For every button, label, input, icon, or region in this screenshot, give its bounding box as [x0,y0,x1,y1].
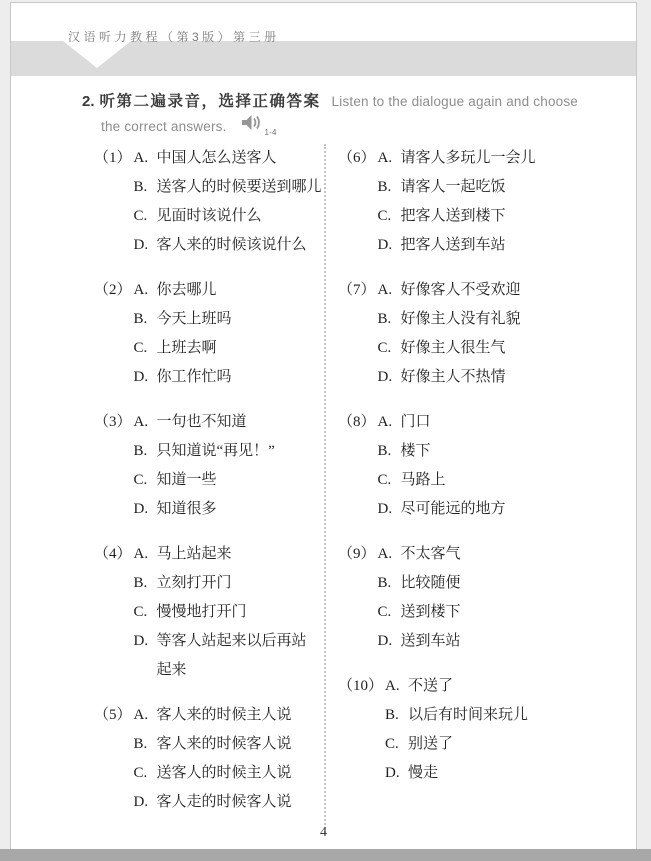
option-row: C.知道一些 [134,466,324,495]
option-letter: C. [378,598,401,627]
option-letter: A. [134,408,157,437]
option-text: 送客人的时候要送到哪儿 [157,173,322,202]
audio-indicator: 1-4 [241,114,277,134]
option-row: B.客人来的时候客人说 [134,730,324,759]
audio-track-number: 1-4 [265,128,277,137]
option-text-line: 请客人一起吃饭 [401,179,506,195]
option-text: 中国人怎么送客人 [157,144,277,173]
instruction-chinese: 听第二遍录音，选择正确答案 [100,89,321,111]
option-text: 比较随便 [401,569,461,598]
option-row: D.好像主人不热情 [378,363,536,392]
option-letter: A. [134,276,157,305]
option-text-line: 好像客人不受欢迎 [401,282,521,298]
option-text: 好像主人没有礼貌 [401,305,521,334]
option-letter: D. [134,231,157,260]
option-text: 你工作忙吗 [157,363,232,392]
option-row: D.你工作忙吗 [134,363,324,392]
option-row: B.请客人一起吃饭 [378,173,536,202]
option-text-line: 送到车站 [401,633,461,649]
option-row: C.送到楼下 [378,598,536,627]
option-text-line: 中国人怎么送客人 [157,150,277,166]
option-letter: D. [378,363,401,392]
option-row: C.见面时该说什么 [134,202,324,231]
option-row: D.知道很多 [134,495,324,524]
option-text-line: 送客人的时候要送到哪儿 [157,179,322,195]
option-row: A.不送了 [385,672,536,701]
option-text: 不送了 [408,672,453,701]
option-text: 等客人站起来以后再站起来 [157,627,307,685]
option-text: 慢慢地打开门 [157,598,247,627]
question-block: （9）A.不太客气B.比较随便C.送到楼下D.送到车站 [338,540,536,656]
option-letter: C. [134,334,157,363]
option-row: C.上班去啊 [134,334,324,363]
option-text-line: 立刻打开门 [157,575,232,591]
option-text: 把客人送到楼下 [401,202,506,231]
option-text: 尽可能远的地方 [401,495,506,524]
instruction-line-2: the correct answers. 1-4 [82,114,578,134]
option-text-line: 把客人送到楼下 [401,208,506,224]
option-text-line: 知道一些 [157,472,217,488]
option-text: 立刻打开门 [157,569,232,598]
question-block: （6）A.请客人多玩儿一会儿B.请客人一起吃饭C.把客人送到楼下D.把客人送到车… [338,144,536,260]
option-row: D.把客人送到车站 [378,231,536,260]
option-text-line: 比较随便 [401,575,461,591]
question-number: （9） [338,540,378,656]
option-text-line: 以后有时间来玩儿 [408,707,528,723]
page-number: 4 [11,825,636,841]
option-letter: C. [134,202,157,231]
option-text-line: 只知道说“再见！” [157,443,275,459]
option-text: 把客人送到车站 [401,231,506,260]
option-row: C.把客人送到楼下 [378,202,536,231]
option-letter: A. [378,540,401,569]
option-row: B.送客人的时候要送到哪儿 [134,173,324,202]
option-text-line: 起来 [157,662,187,678]
options-list: A.不太客气B.比较随便C.送到楼下D.送到车站 [378,540,536,656]
options-list: A.好像客人不受欢迎B.好像主人没有礼貌C.好像主人很生气D.好像主人不热情 [378,276,536,392]
option-letter: A. [134,540,157,569]
book-title: 汉语听力教程（第3版）第三册 [68,28,280,45]
option-row: A.门口 [378,408,536,437]
option-row: A.你去哪儿 [134,276,324,305]
options-list: A.客人来的时候主人说B.客人来的时候客人说C.送客人的时候主人说D.客人走的时… [134,701,324,817]
question-block: （3）A.一句也不知道B.只知道说“再见！”C.知道一些D.知道很多 [94,408,324,524]
option-row: C.别送了 [385,730,536,759]
option-row: C.慢慢地打开门 [134,598,324,627]
option-letter: B. [134,437,157,466]
option-text-line: 不送了 [408,678,453,694]
option-letter: D. [378,627,401,656]
option-text-line: 客人走的时候客人说 [157,794,292,810]
option-letter: A. [385,672,408,701]
option-letter: A. [378,408,401,437]
option-text-line: 等客人站起来以后再站 [157,633,307,649]
option-text: 请客人一起吃饭 [401,173,506,202]
option-row: A.一句也不知道 [134,408,324,437]
options-list: A.马上站起来B.立刻打开门C.慢慢地打开门D.等客人站起来以后再站起来 [134,540,324,685]
option-text-line: 把客人送到车站 [401,237,506,253]
instruction-english-2: the correct answers. [101,119,227,134]
questions-area: （1）A.中国人怎么送客人B.送客人的时候要送到哪儿C.见面时该说什么D.客人来… [11,144,636,833]
question-block: （5）A.客人来的时候主人说B.客人来的时候客人说C.送客人的时候主人说D.客人… [94,701,324,817]
question-block: （7）A.好像客人不受欢迎B.好像主人没有礼貌C.好像主人很生气D.好像主人不热… [338,276,536,392]
option-row: D.客人走的时候客人说 [134,788,324,817]
option-text: 马上站起来 [157,540,232,569]
option-row: A.客人来的时候主人说 [134,701,324,730]
option-letter: D. [134,363,157,392]
option-text: 见面时该说什么 [157,202,262,231]
option-row: A.马上站起来 [134,540,324,569]
option-text-line: 别送了 [408,736,453,752]
option-text: 一句也不知道 [157,408,247,437]
option-letter: C. [378,202,401,231]
option-text-line: 送到楼下 [401,604,461,620]
option-letter: D. [378,495,401,524]
question-number: （7） [338,276,378,392]
question-number: （6） [338,144,378,260]
option-text: 好像客人不受欢迎 [401,276,521,305]
option-row: C.送客人的时候主人说 [134,759,324,788]
option-letter: C. [385,730,408,759]
option-row: B.好像主人没有礼貌 [378,305,536,334]
bottom-edge-bar [0,849,651,861]
option-letter: C. [134,598,157,627]
option-text: 只知道说“再见！” [157,437,275,466]
question-number: （10） [338,672,385,788]
option-letter: B. [134,730,157,759]
option-letter: D. [378,231,401,260]
option-row: B.比较随便 [378,569,536,598]
option-text: 送客人的时候主人说 [157,759,292,788]
question-block: （1）A.中国人怎么送客人B.送客人的时候要送到哪儿C.见面时该说什么D.客人来… [94,144,324,260]
option-letter: D. [134,788,157,817]
option-text: 知道很多 [157,495,217,524]
option-row: B.楼下 [378,437,536,466]
option-text-line: 请客人多玩儿一会儿 [401,150,536,166]
option-text: 送到车站 [401,627,461,656]
option-letter: B. [134,569,157,598]
question-block: （10）A.不送了B.以后有时间来玩儿C.别送了D.慢走 [338,672,536,788]
option-row: B.今天上班吗 [134,305,324,334]
option-row: D.慢走 [385,759,536,788]
option-row: C.好像主人很生气 [378,334,536,363]
option-row: A.中国人怎么送客人 [134,144,324,173]
option-text-line: 好像主人没有礼貌 [401,311,521,327]
options-list: A.门口B.楼下C.马路上D.尽可能远的地方 [378,408,536,524]
instruction-english-1: Listen to the dialogue again and choose [332,94,579,109]
option-text-line: 上班去啊 [157,340,217,356]
question-block: （2）A.你去哪儿B.今天上班吗C.上班去啊D.你工作忙吗 [94,276,324,392]
option-letter: D. [134,495,157,524]
questions-column-left: （1）A.中国人怎么送客人B.送客人的时候要送到哪儿C.见面时该说什么D.客人来… [94,144,324,833]
option-text: 别送了 [408,730,453,759]
option-row: A.好像客人不受欢迎 [378,276,536,305]
options-list: A.请客人多玩儿一会儿B.请客人一起吃饭C.把客人送到楼下D.把客人送到车站 [378,144,536,260]
option-text-line: 不太客气 [401,546,461,562]
options-list: A.一句也不知道B.只知道说“再见！”C.知道一些D.知道很多 [134,408,324,524]
option-row: D.等客人站起来以后再站起来 [134,627,324,685]
option-text: 知道一些 [157,466,217,495]
document-page: 汉语听力教程（第3版）第三册 2. 听第二遍录音，选择正确答案 Listen t… [10,2,637,861]
options-list: A.中国人怎么送客人B.送客人的时候要送到哪儿C.见面时该说什么D.客人来的时候… [134,144,324,260]
option-row: B.只知道说“再见！” [134,437,324,466]
option-text-line: 送客人的时候主人说 [157,765,292,781]
option-row: D.尽可能远的地方 [378,495,536,524]
option-text: 送到楼下 [401,598,461,627]
option-text: 马路上 [401,466,446,495]
options-list: A.你去哪儿B.今天上班吗C.上班去啊D.你工作忙吗 [134,276,324,392]
option-letter: B. [134,305,157,334]
option-text-line: 知道很多 [157,501,217,517]
option-text-line: 好像主人不热情 [401,369,506,385]
option-text: 以后有时间来玩儿 [408,701,528,730]
option-row: B.立刻打开门 [134,569,324,598]
option-row: D.送到车站 [378,627,536,656]
option-letter: B. [385,701,408,730]
option-text: 好像主人不热情 [401,363,506,392]
option-letter: C. [378,334,401,363]
option-text-line: 好像主人很生气 [401,340,506,356]
option-letter: B. [378,437,401,466]
option-letter: D. [134,627,157,685]
option-text-line: 客人来的时候客人说 [157,736,292,752]
speaker-icon [241,114,263,134]
option-letter: B. [378,569,401,598]
option-text: 慢走 [408,759,438,788]
option-row: A.请客人多玩儿一会儿 [378,144,536,173]
option-text: 请客人多玩儿一会儿 [401,144,536,173]
question-block: （8）A.门口B.楼下C.马路上D.尽可能远的地方 [338,408,536,524]
options-list: A.不送了B.以后有时间来玩儿C.别送了D.慢走 [385,672,536,788]
option-text-line: 慢走 [408,765,438,781]
option-text: 客人来的时候该说什么 [157,231,307,260]
option-row: D.客人来的时候该说什么 [134,231,324,260]
exercise-instruction: 2. 听第二遍录音，选择正确答案 Listen to the dialogue … [82,89,578,134]
option-text-line: 你工作忙吗 [157,369,232,385]
question-number: （4） [94,540,134,685]
question-number: （2） [94,276,134,392]
option-text: 客人走的时候客人说 [157,788,292,817]
option-row: B.以后有时间来玩儿 [385,701,536,730]
option-row: C.马路上 [378,466,536,495]
option-text-line: 你去哪儿 [157,282,217,298]
option-letter: C. [134,466,157,495]
option-text-line: 客人来的时候主人说 [157,707,292,723]
option-text: 今天上班吗 [157,305,232,334]
question-number: （8） [338,408,378,524]
option-text-line: 见面时该说什么 [157,208,262,224]
option-text-line: 门口 [401,414,431,430]
option-letter: A. [134,144,157,173]
option-letter: A. [134,701,157,730]
option-text-line: 慢慢地打开门 [157,604,247,620]
option-letter: A. [378,276,401,305]
option-letter: B. [378,305,401,334]
option-text-line: 今天上班吗 [157,311,232,327]
header-band [11,41,636,76]
option-text: 客人来的时候客人说 [157,730,292,759]
option-text: 你去哪儿 [157,276,217,305]
option-letter: C. [134,759,157,788]
question-number: （5） [94,701,134,817]
option-text-line: 一句也不知道 [157,414,247,430]
option-letter: A. [378,144,401,173]
option-text: 不太客气 [401,540,461,569]
option-text: 楼下 [401,437,431,466]
option-letter: B. [134,173,157,202]
option-row: A.不太客气 [378,540,536,569]
instruction-line-1: 2. 听第二遍录音，选择正确答案 Listen to the dialogue … [82,89,578,111]
exercise-number: 2. [82,93,95,110]
question-block: （4）A.马上站起来B.立刻打开门C.慢慢地打开门D.等客人站起来以后再站起来 [94,540,324,685]
option-text: 门口 [401,408,431,437]
option-text-line: 客人来的时候该说什么 [157,237,307,253]
option-text-line: 马上站起来 [157,546,232,562]
option-letter: B. [378,173,401,202]
question-number: （1） [94,144,134,260]
option-text: 上班去啊 [157,334,217,363]
option-text: 好像主人很生气 [401,334,506,363]
option-text-line: 尽可能远的地方 [401,501,506,517]
question-number: （3） [94,408,134,524]
questions-column-right: （6）A.请客人多玩儿一会儿B.请客人一起吃饭C.把客人送到楼下D.把客人送到车… [326,144,536,833]
option-text-line: 楼下 [401,443,431,459]
option-letter: C. [378,466,401,495]
option-letter: D. [385,759,408,788]
option-text: 客人来的时候主人说 [157,701,292,730]
option-text-line: 马路上 [401,472,446,488]
header-chevron-notch [63,41,131,68]
